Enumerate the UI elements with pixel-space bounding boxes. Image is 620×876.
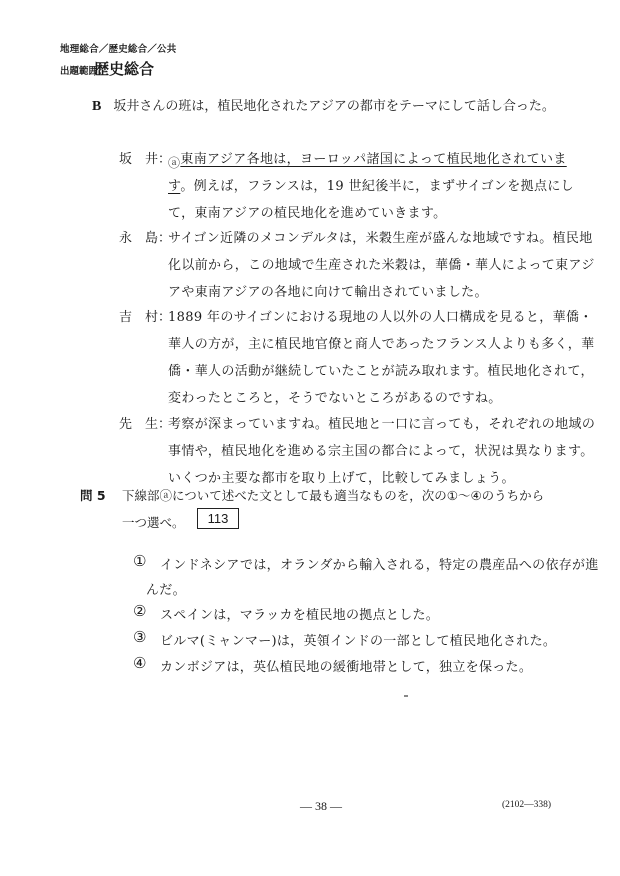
- speaker-teacher: 先 生：: [119, 413, 171, 432]
- dialogue-text: 。例えば，フランスは，19 世紀後半に，まずサイゴンを拠点にし: [180, 179, 574, 194]
- subject-header: 地理総合／歴史総合／公共: [60, 41, 176, 55]
- dialogue-line: 華人の方が，主に植民地官僚と商人であったフランス人よりも多く，華: [168, 333, 594, 352]
- dialogue-line: いくつか主要な都市を取り上げて，比較してみましょう。: [168, 467, 515, 486]
- section-intro-text: 坂井さんの班は，植民地化されたアジアの都市をテーマにして話し合った。: [113, 99, 554, 114]
- choice-4-text: カンボジアは，英仏植民地の緩衝地帯として，独立を保った。: [160, 656, 532, 675]
- section-letter: B: [92, 99, 101, 114]
- answer-number-box: 113: [197, 508, 239, 529]
- dialogue-line: ⓐ東南アジア各地は，ヨーロッパ諸国によって植民地化されていま: [168, 148, 567, 167]
- dialogue-line: 化以前から，この地域で生産された米穀は，華僑・華人によって東アジ: [168, 254, 595, 273]
- dialogue-line: アや東南アジアの各地に向けて輸出されていました。: [168, 281, 488, 300]
- underline-marker-a: ⓐ: [168, 156, 180, 170]
- dialogue-line: サイゴン近隣のメコンデルタは，米穀生産が盛んな地域ですね。植民地: [168, 227, 593, 246]
- underlined-text-a: 東南アジア各地は，ヨーロッパ諸国によって植民地化されていま: [180, 152, 566, 167]
- choice-2: ②: [133, 601, 146, 620]
- dialogue-line: 事情や，植民地化を進める宗主国の都合によって，状況は異なります。: [168, 440, 594, 459]
- dialogue-line: す。例えば，フランスは，19 世紀後半に，まずサイゴンを拠点にし: [168, 175, 574, 194]
- choice-number-icon: ①: [133, 552, 146, 570]
- speaker-yoshimura: 吉 村：: [119, 306, 171, 325]
- choice-4: ④: [133, 653, 146, 672]
- question-text: 下線部ⓐについて述べた文として最も適当なものを，次の①～④のうちから: [122, 486, 544, 504]
- choice-2-text: スペインは，マラッカを植民地の拠点とした。: [160, 604, 439, 623]
- choice-number-icon: ②: [133, 602, 146, 620]
- choice-1-text-cont: んだ。: [146, 579, 186, 598]
- speaker-nagashima: 永 島：: [119, 227, 171, 246]
- exam-range-value: 歴史総合: [94, 58, 154, 79]
- speaker-sakai: 坂 井：: [119, 148, 171, 167]
- choice-3: ③: [133, 627, 146, 646]
- section-intro: B坂井さんの班は，植民地化されたアジアの都市をテーマにして話し合った。: [92, 95, 555, 115]
- question-text-2: 一つ選べ。: [122, 513, 185, 531]
- choice-1-text: インドネシアでは，オランダから輸入される，特定の農産品への依存が進: [160, 554, 599, 573]
- page-number: — 38 —: [300, 799, 342, 814]
- choice-3-text: ビルマ(ミャンマー)は，英領インドの一部として植民地化された。: [160, 630, 556, 649]
- choice-number-icon: ③: [133, 628, 146, 646]
- dialogue-line: 考察が深まっていますね。植民地と一口に言っても，それぞれの地域の: [168, 413, 595, 432]
- question-label: 問 5: [80, 486, 106, 504]
- dialogue-line: て，東南アジアの植民地化を進めていきます。: [168, 202, 447, 221]
- choice-1: ①: [133, 551, 146, 570]
- dialogue-line: 1889 年のサイゴンにおける現地の人以外の人口構成を見ると，華僑・: [168, 306, 593, 325]
- scan-artifact: [404, 695, 408, 697]
- dialogue-line: 僑・華人の活動が継続していたことが読み取れます。植民地化されて，: [168, 360, 594, 379]
- dialogue-line: 変わったところと，そうでないところがあるのですね。: [168, 387, 502, 406]
- underlined-text-a-end: す: [168, 179, 180, 194]
- document-code: (2102—338): [502, 800, 551, 810]
- choice-number-icon: ④: [133, 654, 146, 672]
